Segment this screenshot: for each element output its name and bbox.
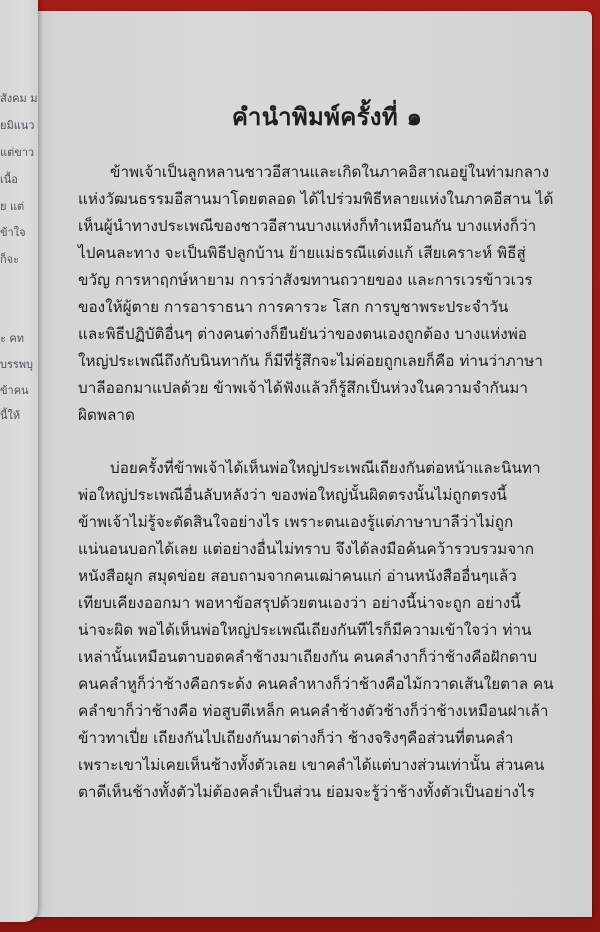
text-line: แห่งวัฒนธรรมอีสานมาโดยตลอด ได้ไปร่วมพิธี… [78, 186, 553, 212]
prev-page-fragment: แต่ขาว [0, 146, 34, 160]
prev-page-fragment: ก็จะ [0, 253, 19, 267]
prev-page-fragment: ะ คท [0, 332, 24, 346]
text-line: ข้าวทาเปี่ย เถียงกันไปเถียงกันมาต่างก็ว่… [78, 725, 514, 751]
prev-page-fragment: เนื้อ [0, 173, 18, 187]
prev-page-fragment: บรรพบุ [0, 358, 33, 372]
text-line: น่าจะผิด พอได้เห็นพ่อใหญ่ประเพณีเถียงกัน… [78, 617, 532, 643]
text-line: และพิธีปฏิบัติอื่นๆ ต่างคนต่างก็ยืนยันว่… [78, 321, 527, 347]
prev-page-fragment: นี้ให้ [0, 409, 20, 423]
text-line: คลำขาก็ว่าช้างคือ ท่อสูบตีเหล็ก คนคลำช้า… [78, 698, 548, 724]
text-line: เพราะเขาไม่เคยเห็นช้างทั้งตัวเลย เขาคลำไ… [78, 752, 544, 778]
text-line: พ่อใหญ่ประเพณีอื่นลับหลังว่า ของพ่อใหญ่น… [78, 482, 507, 508]
text-line: คนคลำหูก็ว่าช้างคือกระด้ง คนคลำหางก็ว่าช… [78, 671, 554, 697]
text-line: ข้าพเจ้าไม่รู้จะตัดสินใจอย่างไร เพราะตนเ… [78, 509, 513, 535]
prev-page-fragment: ข้าคน [0, 384, 29, 398]
text-line: ไปคนละทาง จะเป็นพิธีปลูกบ้าน ย้ายแม่ธรณี… [78, 240, 526, 266]
prev-page-fragment: สังคม ม [0, 92, 37, 106]
text-line: ผิดพลาด [78, 402, 135, 428]
text-line: ข้าพเจ้าเป็นลูกหลานชาวอีสานและเกิดในภาคอ… [110, 159, 549, 185]
prev-page-fragment: ย แต่ [0, 200, 24, 214]
text-line: บ่อยครั้งที่ข้าพเจ้าได้เห็นพ่อใหญ่ประเพณ… [110, 455, 541, 481]
text-line: ตาดีเห็นช้างทั้งตัวไม่ต้องคลำเป็นส่วน ย่… [78, 779, 535, 805]
text-line: แน่นอนบอกได้เลย แต่อย่างอื่นไม่ทราบ จึงไ… [78, 536, 534, 562]
page-title: คำนำพิมพ์ครั้งที่ ๑ [32, 97, 592, 136]
text-line: เทียบเคียงออกมา พอหาข้อสรุปด้วยตนเองว่า … [78, 590, 521, 616]
text-line: เห็นผู้นำทางประเพณีของชาวอีสานบางแห่งก็ท… [78, 213, 536, 239]
text-line: บาลีออกมาแปลด้วย ข้าพเจ้าได้ฟังแล้วก็รู้… [78, 375, 528, 401]
prev-page-fragment: ข้าใจ [0, 226, 26, 240]
prev-page-fragment: ยมิแนว [0, 119, 34, 133]
text-line: ของให้ผู้ตาย การอาราธนา การคารวะ โสก การ… [78, 294, 508, 320]
text-line: หนังสือผูก สมุดข่อย สอบถามจากคนเฒ่าคนแก่… [78, 563, 517, 589]
book-page: คำนำพิมพ์ครั้งที่ ๑ ข้าพเจ้าเป็นลูกหลานช… [32, 11, 592, 917]
text-line: ขวัญ การหาฤกษ์หายาม การว่าสังฆทานถวายของ… [78, 267, 533, 293]
text-line: ใหญ่ประเพณีถึงกับนินทากัน ก็มีที่รู้สึกจ… [78, 348, 543, 374]
text-line: เหล่านั้นเหมือนตาบอดคลำช้างมาเถียงกัน คน… [78, 644, 537, 670]
previous-page-edge: สังคม ม ยมิแนว แต่ขาว เนื้อ ย แต่ ข้าใจ … [0, 0, 38, 922]
